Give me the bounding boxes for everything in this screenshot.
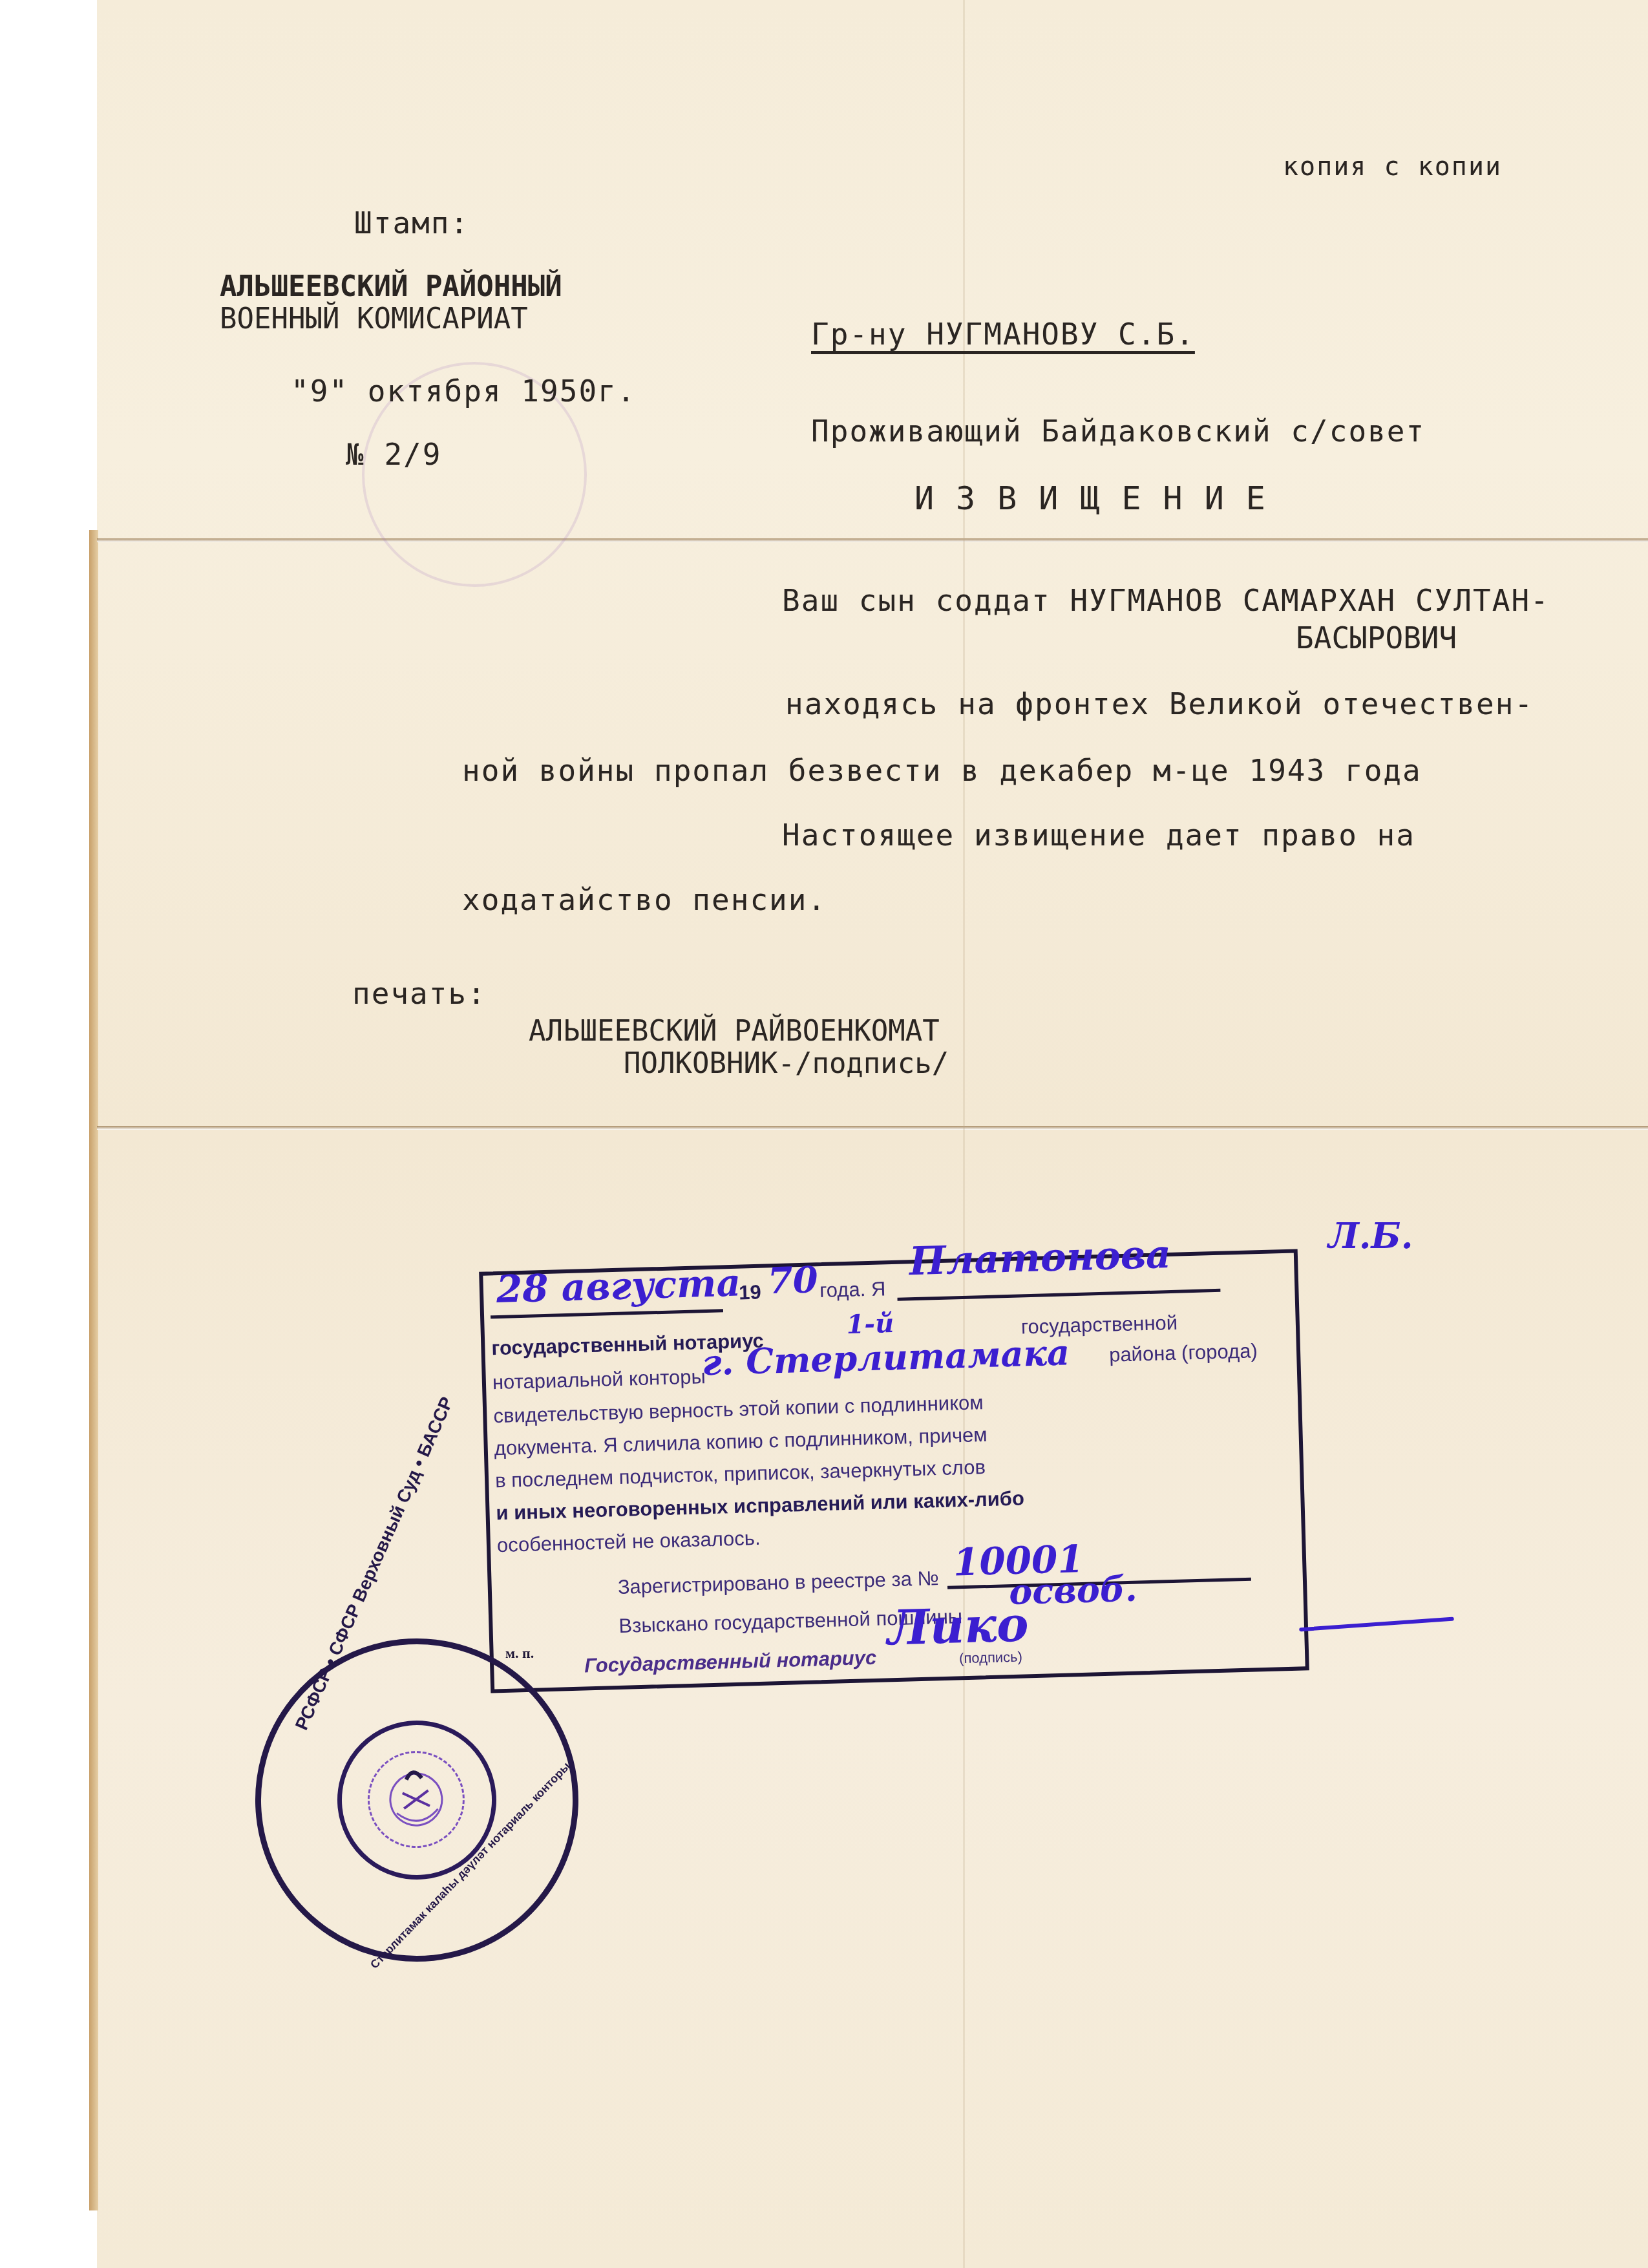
body-line-1: Ваш сын соддат НУГМАНОВ САМАРХАН СУЛТАН- [782, 583, 1550, 618]
notary-line-8: особенностей не оказалось. [496, 1527, 761, 1557]
signer-line-2: ПОЛКОВНИК-/подпись/ [624, 1047, 949, 1080]
document-number: № 2/9 [346, 437, 441, 472]
residence: Проживающий Байдаковский с/совет [811, 414, 1425, 449]
handwritten-initials: Л.Б. [1328, 1215, 1413, 1256]
body-line-6: ходатайство пенсии. [462, 882, 827, 917]
notary-certification-box: 28 августа 19 70 года. Я Платонова госуд… [479, 1249, 1309, 1693]
handwritten-year: 70 [767, 1258, 819, 1302]
notary-line-6: в последнем подчисток, приписок, зачеркн… [495, 1456, 986, 1492]
recipient: Гр-ну НУГМАНОВУ С.Б. [811, 317, 1195, 352]
coat-of-arms-icon [363, 1746, 469, 1853]
handwritten-office-number: 1-й [846, 1308, 894, 1340]
notary-signature: Лико [887, 1596, 1030, 1656]
body-line-4: ной войны пропал безвести в декабер м-це… [462, 753, 1422, 788]
handwritten-notary-name: Платонова [909, 1232, 1172, 1284]
notary-line-7: и иных неоговоренных исправлений или как… [496, 1487, 1024, 1525]
name-underline [898, 1289, 1221, 1301]
year-prefix: 19 [739, 1281, 761, 1305]
mp-label: м. п. [505, 1645, 534, 1662]
document-title: ИЗВИЩЕНИЕ [914, 480, 1287, 517]
issue-date: "9" октября 1950г. [291, 374, 637, 408]
registry-label: Зарегистрировано в реестре за № [617, 1567, 939, 1599]
issuer-line-2: ВОЕННЫЙ КОМИСАРИАТ [220, 302, 528, 335]
notary-line-3-right: района (города) [1109, 1339, 1258, 1366]
issuer-line-1: АЛЬШЕЕВСКИЙ РАЙОННЫЙ [220, 270, 562, 303]
fold-line [97, 538, 1648, 542]
signer-line-1: АЛЬШЕЕВСКИЙ РАЙВОЕНКОМАТ [529, 1015, 940, 1048]
notary-line-5: документа. Я сличила копию с подлинником… [494, 1423, 988, 1460]
body-line-5: Настоящее извищение дает право на [782, 818, 1415, 853]
notary-line-4: свидетельствую верность этой копии с под… [493, 1391, 984, 1428]
year-word: года. Я [819, 1277, 886, 1302]
copy-note: копия с копии [1283, 152, 1502, 182]
notary-line-3-left: нотариальной конторы [492, 1365, 706, 1394]
stamp-label: Штамп: [354, 206, 469, 240]
body-line-2: БАСЫРОВИЧ [1296, 620, 1457, 655]
body-line-3: находясь на фронтех Великой отечествен- [785, 686, 1534, 721]
signature-label: Государственный нотариус [584, 1646, 877, 1678]
paper-edge [89, 530, 98, 2210]
signature-hint: (подпись) [959, 1649, 1023, 1668]
handwritten-date: 28 августа [496, 1261, 741, 1312]
fold-line [97, 1126, 1648, 1130]
seal-label: печать: [352, 976, 487, 1011]
